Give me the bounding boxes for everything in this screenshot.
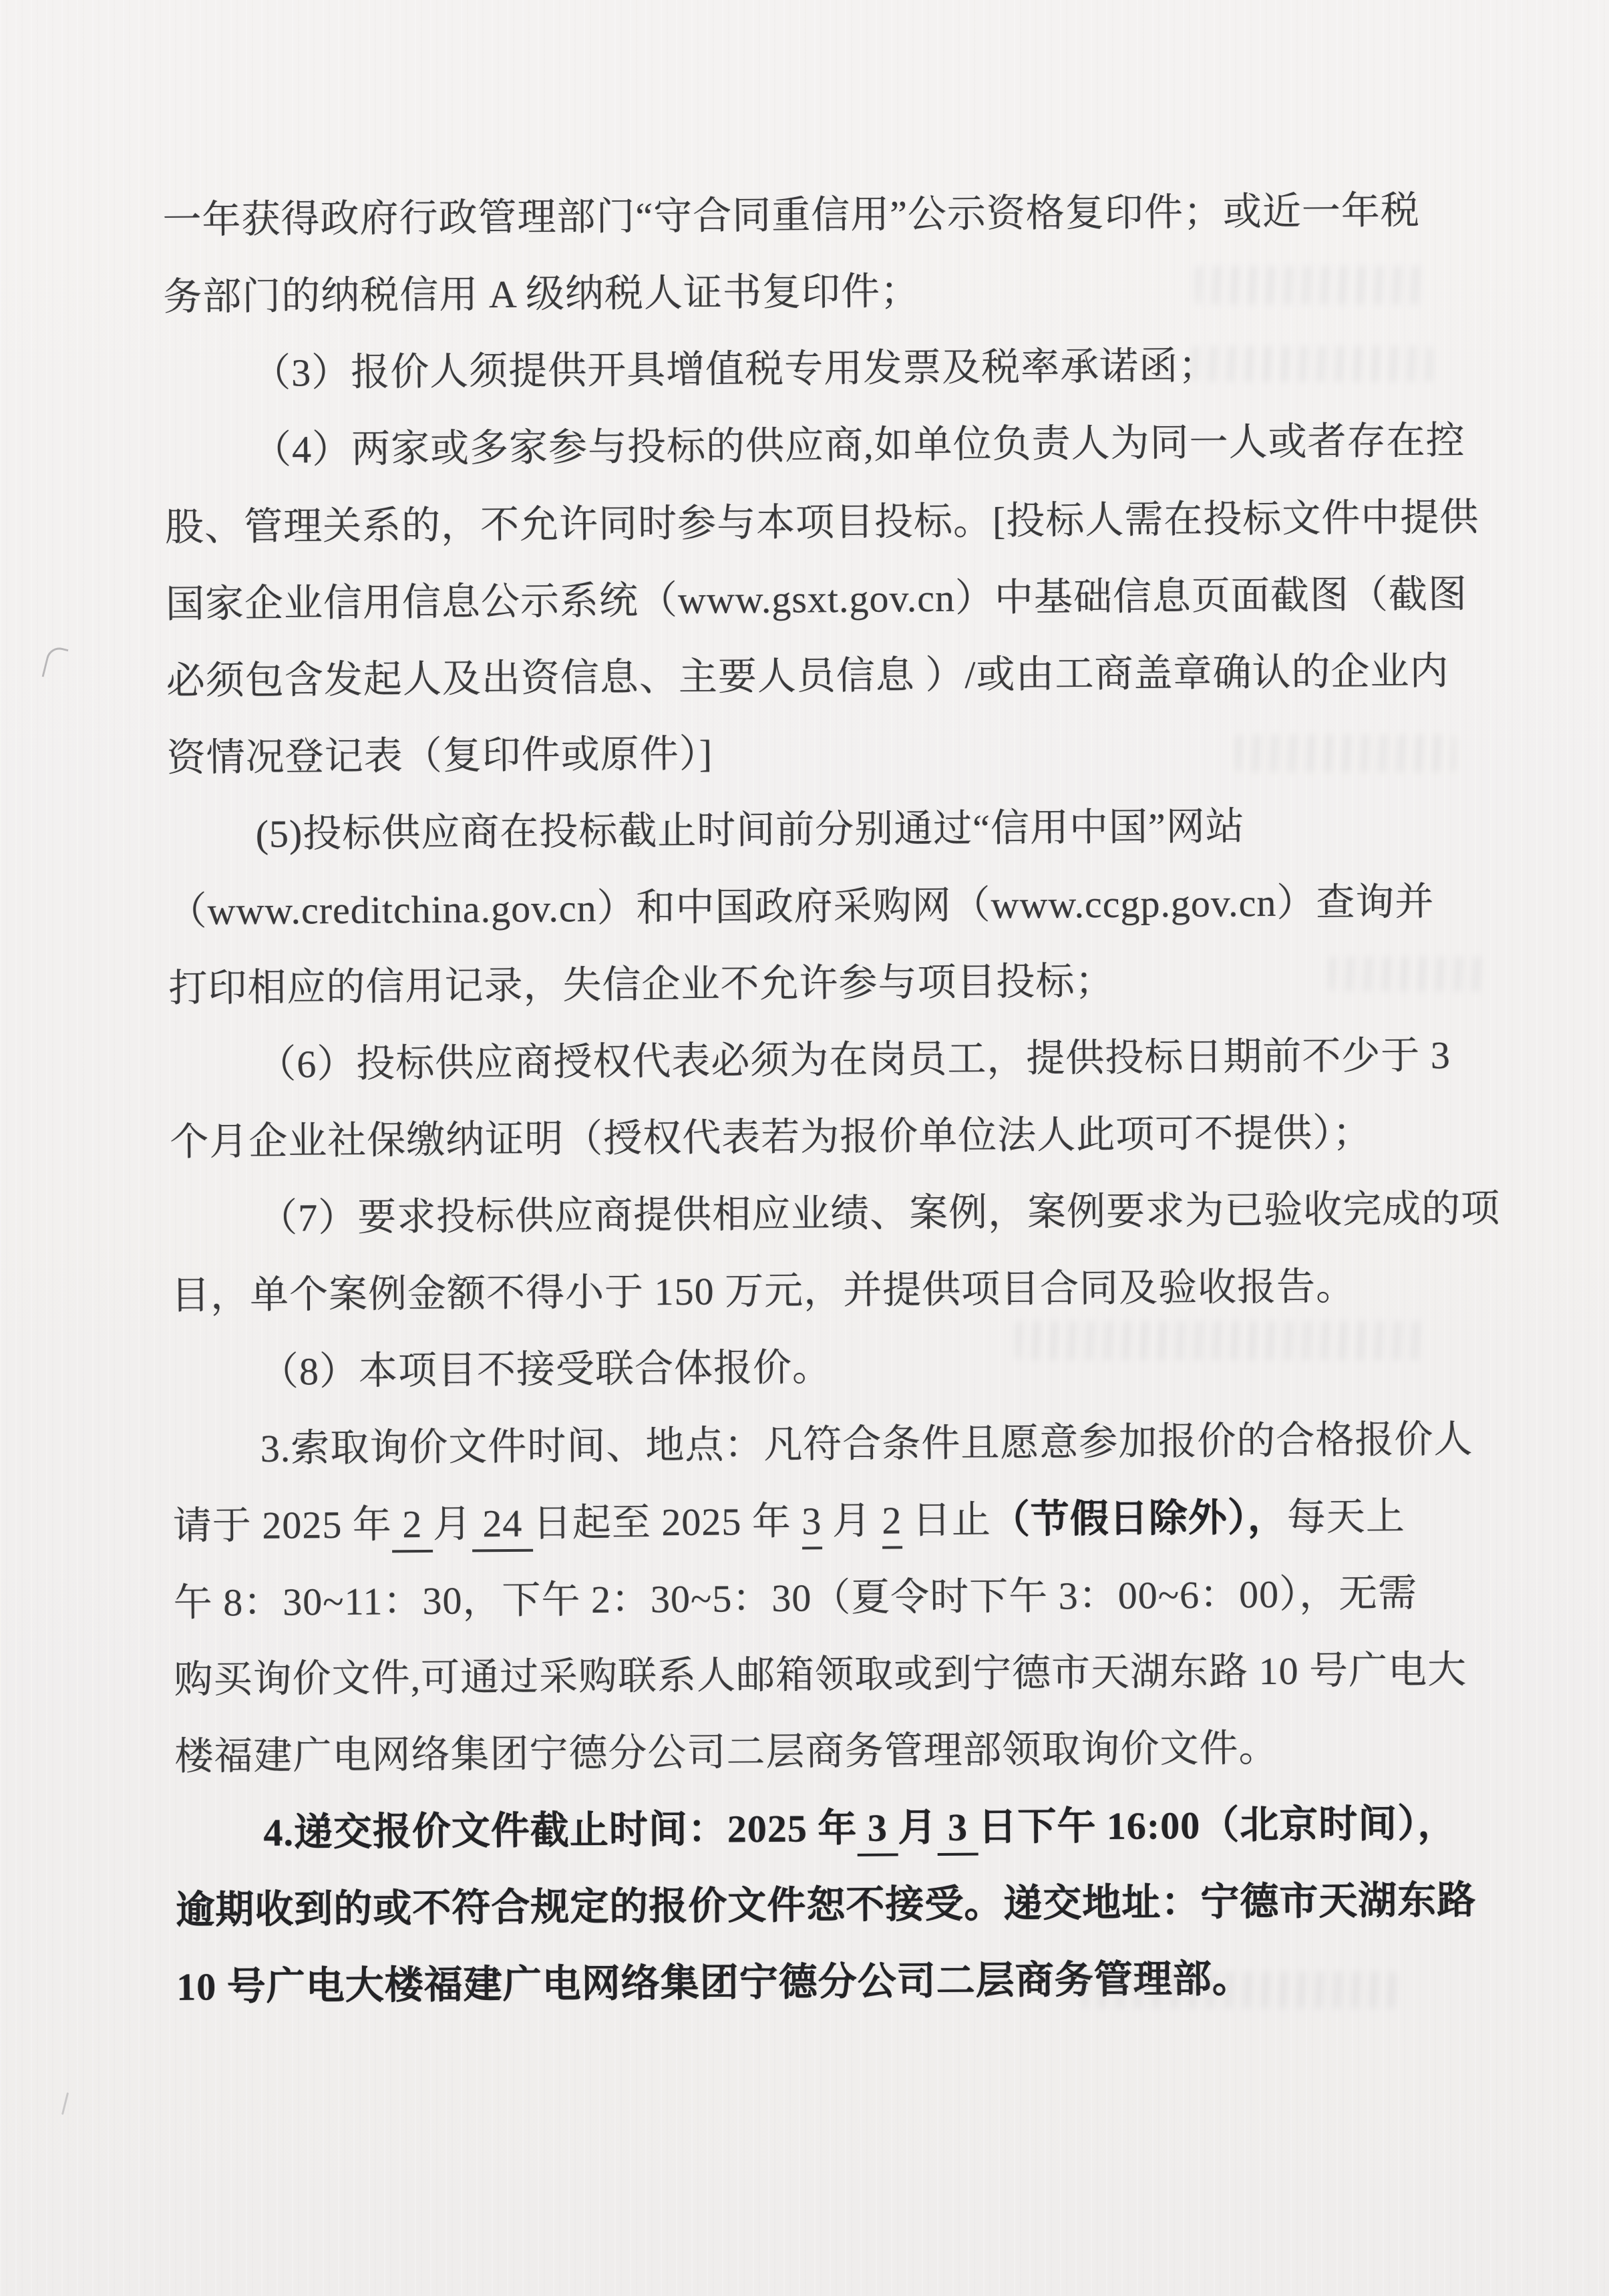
text-segment: 日起至 2025 年 bbox=[533, 1500, 802, 1545]
text-line: 目，单个案例金额不得小于 150 万元，并提供项目合同及验收报告。 bbox=[171, 1247, 1481, 1334]
text-line: 个月企业社保缴纳证明（授权代表若为报价单位法人此项可不提供）； bbox=[170, 1094, 1479, 1180]
text-segment: （3）报价人须提供开具增值税专用发票及税率承诺函； bbox=[252, 344, 1218, 395]
text-line: （8）本项目不接受联合体报价。 bbox=[172, 1324, 1481, 1411]
text-segment: 楼福建广电网络集团宁德分公司二层商务管理部领取询价文件。 bbox=[174, 1726, 1278, 1778]
paper-speck bbox=[61, 2092, 69, 2115]
text-segment: 股、管理关系的，不允许同时参与本项目投标。[投标人需在投标文件中提供 bbox=[165, 496, 1479, 549]
text-segment: 国家企业信用信息公示系统（www.gsxt.gov.cn）中基础信息页面截图（截… bbox=[166, 572, 1468, 626]
text-segment: 月 bbox=[898, 1806, 938, 1849]
scanned-document-page: 一年获得政府行政管理部门“守合同重信用”公示资格复印件；或近一年税务部门的纳税信… bbox=[0, 0, 1609, 2296]
text-segment: 午 8：30~11：30，下午 2：30~5：30（夏令时下午 3：00~6：0… bbox=[173, 1571, 1417, 1625]
text-line: 务部门的纳税信用 A 级纳税人证书复印件； bbox=[163, 249, 1473, 335]
text-line: （www.creditchina.gov.cn）和中国政府采购网（www.ccg… bbox=[168, 863, 1477, 950]
text-segment: 月 bbox=[822, 1499, 882, 1543]
text-segment: 请于 2025 年 bbox=[173, 1502, 393, 1548]
text-line: 逾期收到的或不符合规定的报价文件恕不接受。递交地址：宁德市天湖东路 bbox=[176, 1862, 1485, 1949]
text-segment: 2 bbox=[882, 1498, 902, 1548]
text-line: （7）要求投标供应商提供相应业绩、案例，案例要求为已验收完成的项 bbox=[170, 1170, 1480, 1257]
text-line: （3）报价人须提供开具增值税专用发票及税率承诺函； bbox=[164, 325, 1473, 412]
text-segment: 购买询价文件,可通过采购联系人邮箱领取或到宁德市天湖东路 10 号广电大 bbox=[174, 1648, 1467, 1701]
text-segment: 4.递交报价文件截止时间：2025 年 bbox=[263, 1806, 857, 1854]
text-segment: 3.索取询价文件时间、地点：凡符合条件且愿意参加报价的合格报价人 bbox=[260, 1418, 1473, 1470]
text-line: 一年获得政府行政管理部门“守合同重信用”公示资格复印件；或近一年税 bbox=[162, 172, 1472, 259]
text-segment: 务部门的纳税信用 A 级纳税人证书复印件； bbox=[163, 269, 920, 319]
text-line: 打印相应的信用记录，失信企业不允许参与项目投标； bbox=[168, 940, 1478, 1027]
text-line: (5)投标供应商在投标截止时间前分别通过“信用中国”网站 bbox=[167, 786, 1477, 873]
text-segment: 日止 bbox=[902, 1498, 991, 1542]
text-line: 4.递交报价文件截止时间：2025 年 3 月 3 日下午 16:00（北京时间… bbox=[175, 1785, 1485, 1872]
text-segment: （www.creditchina.gov.cn）和中国政府采购网（www.ccg… bbox=[168, 880, 1434, 933]
text-segment: 一年获得政府行政管理部门“守合同重信用”公示资格复印件；或近一年税 bbox=[162, 188, 1420, 242]
text-line: 购买询价文件,可通过采购联系人邮箱领取或到宁德市天湖东路 10 号广电大 bbox=[174, 1631, 1483, 1718]
text-line: 请于 2025 年 2 月 24 日起至 2025 年 3 月 2 日止（节假日… bbox=[172, 1478, 1482, 1565]
text-line: 楼福建广电网络集团宁德分公司二层商务管理部领取询价文件。 bbox=[174, 1708, 1484, 1795]
text-segment: 3 bbox=[857, 1806, 898, 1856]
text-segment: （6）投标供应商授权代表必须为在岗员工，提供投标日期前不少于 3 bbox=[257, 1033, 1451, 1086]
text-line: （4）两家或多家参与投标的供应商,如单位负责人为同一人或者存在控 bbox=[164, 402, 1474, 489]
text-segment: 必须包含发起人及出资信息、主要人员信息 ）/或由工商盖章确认的企业内 bbox=[166, 649, 1449, 703]
text-line: 资情况登记表（复印件或原件）] bbox=[166, 709, 1476, 796]
text-segment: 24 bbox=[472, 1502, 534, 1552]
text-segment: 2 bbox=[392, 1502, 433, 1552]
text-line: 10 号广电大楼福建广电网络集团宁德分公司二层商务管理部。 bbox=[176, 1939, 1486, 2025]
text-segment: 日下午 16:00（北京时间）， bbox=[978, 1802, 1457, 1849]
text-segment: 逾期收到的或不符合规定的报价文件恕不接受。 bbox=[176, 1882, 1003, 1932]
text-segment: 10 号广电大楼福建广电网络集团宁德分公司二层商务管理部。 bbox=[176, 1957, 1252, 2009]
text-segment: （4）两家或多家参与投标的供应商,如单位负责人为同一人或者存在控 bbox=[252, 419, 1465, 472]
text-line: （6）投标供应商授权代表必须为在岗员工，提供投标日期前不少于 3 bbox=[169, 1017, 1479, 1104]
text-segment: 每天上 bbox=[1287, 1494, 1406, 1538]
text-segment: （8）本项目不接受联合体报价。 bbox=[260, 1345, 832, 1393]
text-line: 午 8：30~11：30，下午 2：30~5：30（夏令时下午 3：00~6：0… bbox=[173, 1554, 1483, 1641]
text-segment: 月 bbox=[433, 1502, 473, 1545]
text-line: 必须包含发起人及出资信息、主要人员信息 ）/或由工商盖章确认的企业内 bbox=[166, 633, 1475, 719]
text-segment: （7）要求投标供应商提供相应业绩、案例，案例要求为已验收完成的项 bbox=[258, 1186, 1500, 1240]
document-text: 一年获得政府行政管理部门“守合同重信用”公示资格复印件；或近一年税务部门的纳税信… bbox=[162, 172, 1486, 2025]
text-line: 3.索取询价文件时间、地点：凡符合条件且愿意参加报价的合格报价人 bbox=[172, 1401, 1481, 1488]
paper-fold-mark bbox=[42, 645, 69, 681]
text-segment: 3 bbox=[937, 1805, 978, 1855]
text-segment: 资情况登记表（复印件或原件）] bbox=[167, 732, 713, 780]
text-segment: （节假日除外）， bbox=[991, 1496, 1288, 1541]
text-line: 国家企业信用信息公示系统（www.gsxt.gov.cn）中基础信息页面截图（截… bbox=[166, 556, 1475, 643]
text-line: 股、管理关系的，不允许同时参与本项目投标。[投标人需在投标文件中提供 bbox=[165, 479, 1475, 566]
text-segment: 3 bbox=[801, 1499, 822, 1549]
text-segment: 递交地址：宁德市天湖东路 bbox=[1003, 1878, 1477, 1926]
text-segment: 个月企业社保缴纳证明（授权代表若为报价单位法人此项可不提供）； bbox=[170, 1111, 1372, 1164]
text-segment: 目，单个案例金额不得小于 150 万元，并提供项目合同及验收报告。 bbox=[171, 1265, 1355, 1317]
text-segment: (5)投标供应商在投标截止时间前分别通过“信用中国”网站 bbox=[255, 804, 1245, 856]
text-segment: 打印相应的信用记录，失信企业不允许参与项目投标； bbox=[168, 959, 1114, 1010]
